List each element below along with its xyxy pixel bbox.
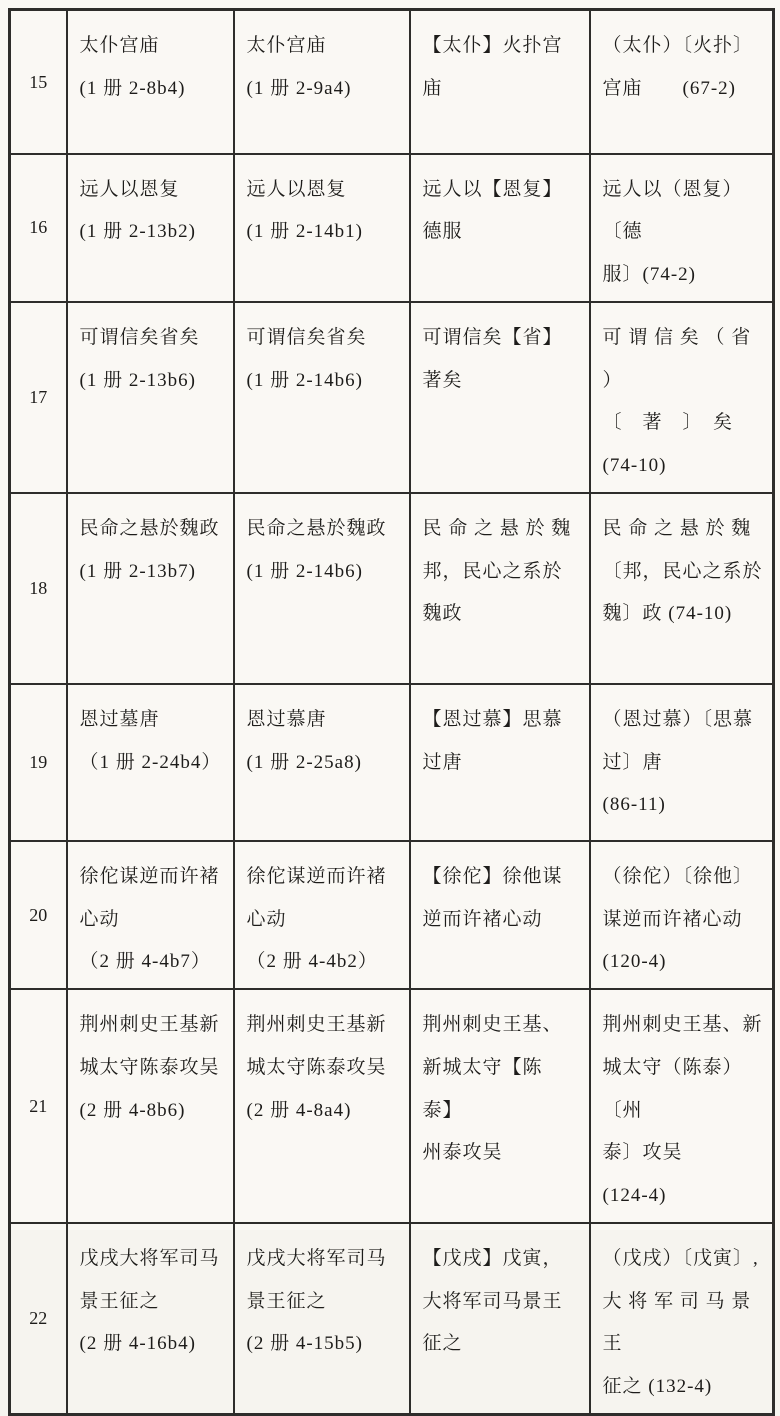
row-number: 17 — [10, 302, 67, 493]
table-row: 21 荆州刺史王基新 城太守陈泰攻吴 (2 册 4-8b6) 荆州刺史王基新 城… — [10, 989, 774, 1223]
table-cell: 民 命 之 悬 於 魏 〔邦，民心之系於 魏〕政 (74-10) — [590, 493, 774, 684]
table-cell: 可谓信矣省矣 (1 册 2-13b6) — [67, 302, 234, 493]
table-row: 19 恩过墓唐 （1 册 2-24b4） 恩过慕唐 (1 册 2-25a8) 【… — [10, 684, 774, 841]
table-row: 20 徐佗谋逆而许褚 心动 （2 册 4-4b7） 徐佗谋逆而许褚 心动 （2 … — [10, 841, 774, 989]
table-cell: 【徐佗】徐他谋 逆而许褚心动 — [410, 841, 590, 989]
table-row: 17 可谓信矣省矣 (1 册 2-13b6) 可谓信矣省矣 (1 册 2-14b… — [10, 302, 774, 493]
row-number: 20 — [10, 841, 67, 989]
table-row: 16 远人以恩复 (1 册 2-13b2) 远人以恩复 (1 册 2-14b1)… — [10, 154, 774, 302]
table-cell: 戊戌大将军司马 景王征之 (2 册 4-15b5) — [234, 1223, 410, 1415]
table-cell: 可 谓 信 矣 （ 省 ） 〔 著 〕 矣 (74-10) — [590, 302, 774, 493]
collation-table: 15 太仆宫庙 (1 册 2-8b4) 太仆宫庙 (1 册 2-9a4) 【太仆… — [8, 8, 775, 1416]
table-row: 18 民命之悬於魏政 (1 册 2-13b7) 民命之悬於魏政 (1 册 2-1… — [10, 493, 774, 684]
table-cell: 太仆宫庙 (1 册 2-9a4) — [234, 10, 410, 154]
table-cell: 远人以恩复 (1 册 2-14b1) — [234, 154, 410, 302]
table-cell: 荆州刺史王基、新 城太守（陈泰）〔州 泰〕攻吴 (124-4) — [590, 989, 774, 1223]
table-row: 15 太仆宫庙 (1 册 2-8b4) 太仆宫庙 (1 册 2-9a4) 【太仆… — [10, 10, 774, 154]
table-cell: 太仆宫庙 (1 册 2-8b4) — [67, 10, 234, 154]
table-cell: 民命之悬於魏政 (1 册 2-14b6) — [234, 493, 410, 684]
table-cell: 荆州刺史王基新 城太守陈泰攻吴 (2 册 4-8a4) — [234, 989, 410, 1223]
table-cell: 徐佗谋逆而许褚 心动 （2 册 4-4b2） — [234, 841, 410, 989]
table-cell: 徐佗谋逆而许褚 心动 （2 册 4-4b7） — [67, 841, 234, 989]
table-cell: （徐佗）〔徐他〕 谋逆而许褚心动 (120-4) — [590, 841, 774, 989]
table-cell: 恩过慕唐 (1 册 2-25a8) — [234, 684, 410, 841]
table-cell: 荆州刺史王基新 城太守陈泰攻吴 (2 册 4-8b6) — [67, 989, 234, 1223]
table-cell: 戊戌大将军司马 景王征之 (2 册 4-16b4) — [67, 1223, 234, 1415]
table-cell: 可谓信矣省矣 (1 册 2-14b6) — [234, 302, 410, 493]
row-number: 18 — [10, 493, 67, 684]
row-number: 22 — [10, 1223, 67, 1415]
table-cell: （戊戌）〔戊寅〕, 大 将 军 司 马 景 王 征之 (132-4) — [590, 1223, 774, 1415]
table-cell: （恩过慕）〔思慕 过〕唐 (86-11) — [590, 684, 774, 841]
row-number: 19 — [10, 684, 67, 841]
table-cell: 【恩过慕】思慕 过唐 — [410, 684, 590, 841]
table-cell: 荆州刺史王基、 新城太守【陈泰】 州泰攻吴 — [410, 989, 590, 1223]
table-row: 22 戊戌大将军司马 景王征之 (2 册 4-16b4) 戊戌大将军司马 景王征… — [10, 1223, 774, 1415]
table-cell: 远人以【恩复】 德服 — [410, 154, 590, 302]
table-cell: 【太仆】火扑宫 庙 — [410, 10, 590, 154]
scanned-page: 15 太仆宫庙 (1 册 2-8b4) 太仆宫庙 (1 册 2-9a4) 【太仆… — [0, 0, 780, 1230]
table-cell: 恩过墓唐 （1 册 2-24b4） — [67, 684, 234, 841]
table-cell: （太仆）〔火扑〕 宫庙 (67-2) — [590, 10, 774, 154]
row-number: 21 — [10, 989, 67, 1223]
table-cell: 可谓信矣【省】 著矣 — [410, 302, 590, 493]
table-cell: 远人以（恩复）〔德 服〕(74-2) — [590, 154, 774, 302]
row-number: 15 — [10, 10, 67, 154]
row-number: 16 — [10, 154, 67, 302]
table-cell: 【戊戌】戊寅， 大将军司马景王 征之 — [410, 1223, 590, 1415]
table-cell: 民命之悬於魏政 (1 册 2-13b7) — [67, 493, 234, 684]
table-cell: 远人以恩复 (1 册 2-13b2) — [67, 154, 234, 302]
table-cell: 民 命 之 悬 於 魏 邦，民心之系於 魏政 — [410, 493, 590, 684]
